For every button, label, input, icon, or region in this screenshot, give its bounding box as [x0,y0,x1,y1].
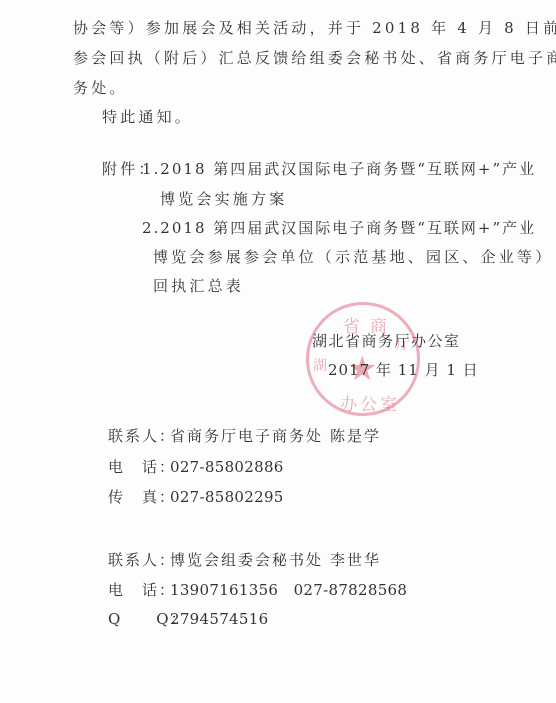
signing-date: 2017 年 11 月 1 日 [328,360,479,380]
body-line-2: 参会回执（附后）汇总反馈给组委会秘书处、省商务厅电子商 [73,48,556,68]
contact-2-department: 博览会组委会秘书处 [170,550,323,570]
contact-2-phone-label: 电 话： [108,580,176,600]
contact-1-fax-label: 传 真： [108,487,176,507]
contact-1-phone-label: 电 话： [108,457,176,477]
contact-2-qq: 2794574516 [170,609,268,629]
contact-1-name: 陈是学 [330,426,381,446]
attachment-1-line-2: 博览会实施方案 [160,189,287,209]
closing-text: 特此通知。 [102,107,193,127]
contact-2-person-label: 联系人： [108,550,176,570]
signing-organization: 湖北省商务厅办公室 [312,331,461,351]
contact-1-person-label: 联系人： [108,426,176,446]
attachment-2-line-1: 2.2018 第四届武汉国际电子商务暨“互联网+”产业 [142,218,536,238]
contact-1-phone: 027-85802886 [170,457,284,477]
attachment-1-line-1: 1.2018 第四届武汉国际电子商务暨“互联网+”产业 [142,159,536,179]
body-line-3: 务处。 [73,78,128,98]
body-line-1: 协会等）参加展会及相关活动，并于 2018 年 4 月 8 日前将参展 [73,18,556,38]
contact-1-fax: 027-85802295 [170,487,284,507]
contact-2-phone: 13907161356 027-87828568 [170,580,407,600]
contact-1-department: 省商务厅电子商务处 [170,426,323,446]
attachment-2-line-3: 回执汇总表 [153,276,244,296]
contact-2-name: 李世华 [330,550,381,570]
attachment-2-line-2: 博览会参展参会单位（示范基地、园区、企业等） [153,247,553,267]
document-page: 协会等）参加展会及相关活动，并于 2018 年 4 月 8 日前将参展 参会回执… [0,0,556,703]
stamp-char-left: 湖 [313,355,327,375]
stamp-bottom-text: 办公室 [340,390,400,415]
